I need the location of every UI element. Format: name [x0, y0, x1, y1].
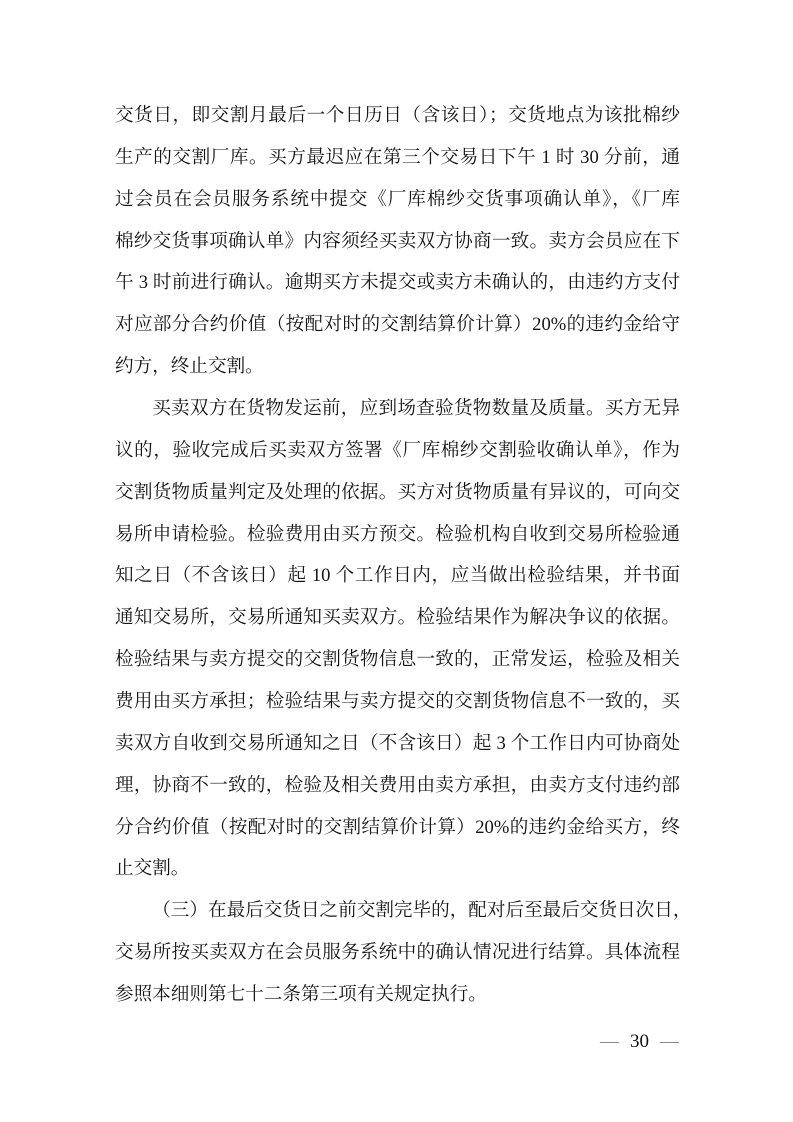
document-page: 交货日，即交割月最后一个日历日（含该日）；交货地点为该批棉纱 生产的交割厂库。买… [0, 0, 793, 1122]
text-line: 止交割。 [115, 848, 680, 890]
text-line: 费用由买方承担；检验结果与卖方提交的交割货物信息不一致的，买 [115, 681, 680, 723]
text-line: 过会员在会员服务系统中提交《厂库棉纱交货事项确认单》，《厂库 [115, 179, 680, 221]
text-line: 通知交易所，交易所通知买卖双方。检验结果作为解决争议的依据。 [115, 597, 680, 639]
text-line: 棉纱交货事项确认单》内容须经买卖双方协商一致。卖方会员应在下 [115, 221, 680, 263]
text-line: 交易所按买卖双方在会员服务系统中的确认情况进行结算。具体流程 [115, 932, 680, 974]
paragraph-3: （三）在最后交货日之前交割完毕的，配对后至最后交货日次日， 交易所按买卖双方在会… [115, 890, 680, 1016]
paragraph-2: 买卖双方在货物发运前，应到场查验货物数量及质量。买方无异 议的，验收完成后买卖双… [115, 388, 680, 890]
text-line: 对应部分合约价值（按配对时的交割结算价计算）20%的违约金给守 [115, 304, 680, 346]
text-line: 易所申请检验。检验费用由买方预交。检验机构自收到交易所检验通 [115, 514, 680, 556]
page-number-value: 30 [630, 1029, 649, 1055]
page-number-dash-left: — [600, 1029, 619, 1055]
body-text: 交货日，即交割月最后一个日历日（含该日）；交货地点为该批棉纱 生产的交割厂库。买… [115, 95, 680, 1016]
text-line: 交割货物质量判定及处理的依据。买方对货物质量有异议的，可向交 [115, 472, 680, 514]
text-line: 卖双方自收到交易所通知之日（不含该日）起 3 个工作日内可协商处 [115, 723, 680, 765]
text-line: （三）在最后交货日之前交割完毕的，配对后至最后交货日次日， [115, 890, 680, 932]
text-line: 知之日（不含该日）起 10 个工作日内，应当做出检验结果，并书面 [115, 555, 680, 597]
page-number: — 30 — [600, 1029, 679, 1055]
text-line: 参照本细则第七十二条第三项有关规定执行。 [115, 974, 680, 1016]
text-line: 午 3 时前进行确认。逾期买方未提交或卖方未确认的，由违约方支付 [115, 262, 680, 304]
page-number-dash-right: — [660, 1029, 679, 1055]
text-line: 分合约价值（按配对时的交割结算价计算）20%的违约金给买方，终 [115, 807, 680, 849]
paragraph-1: 交货日，即交割月最后一个日历日（含该日）；交货地点为该批棉纱 生产的交割厂库。买… [115, 95, 680, 388]
text-line: 检验结果与卖方提交的交割货物信息一致的，正常发运，检验及相关 [115, 639, 680, 681]
text-line: 交货日，即交割月最后一个日历日（含该日）；交货地点为该批棉纱 [115, 95, 680, 137]
text-line: 买卖双方在货物发运前，应到场查验货物数量及质量。买方无异 [115, 388, 680, 430]
text-line: 议的，验收完成后买卖双方签署《厂库棉纱交割验收确认单》，作为 [115, 430, 680, 472]
text-line: 生产的交割厂库。买方最迟应在第三个交易日下午 1 时 30 分前，通 [115, 137, 680, 179]
text-line: 约方，终止交割。 [115, 346, 680, 388]
text-line: 理，协商不一致的，检验及相关费用由卖方承担，由卖方支付违约部 [115, 765, 680, 807]
